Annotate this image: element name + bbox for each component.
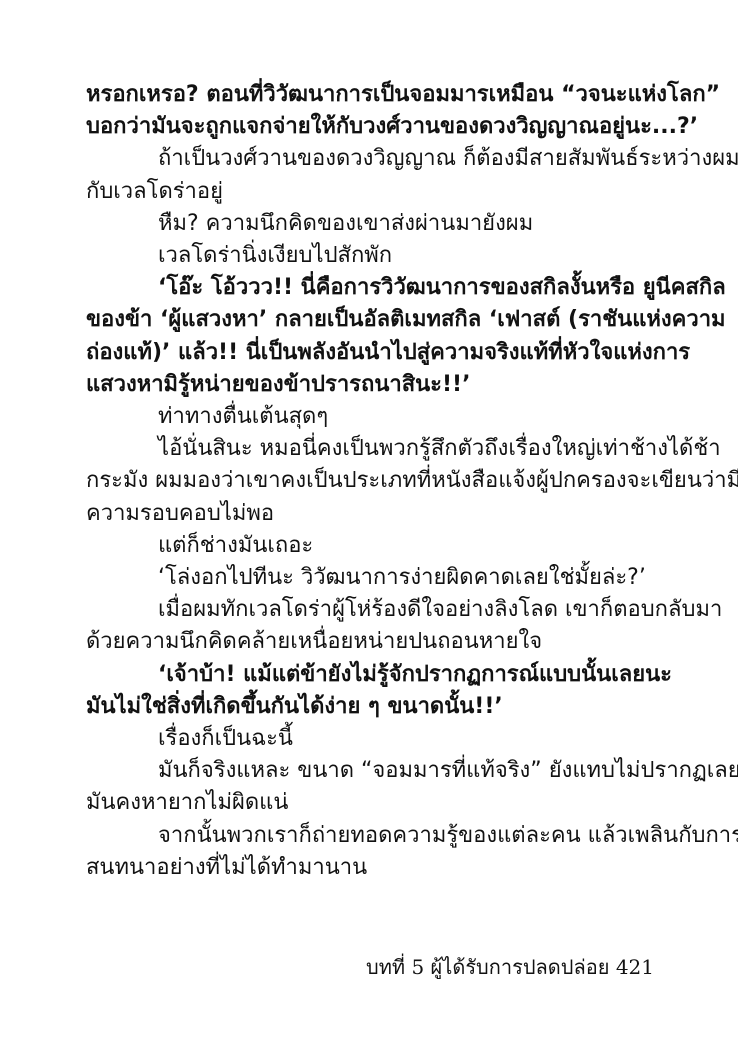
text-line: ท่าทางตื่นเต้นสุดๆ (86, 401, 660, 433)
text-line: ไอ้นั่นสินะ หมอนี่คงเป็นพวกรู้สึกตัวถึงเ… (86, 433, 660, 465)
text-line: ความรอบคอบไม่พอ (86, 498, 660, 530)
text-line: ของข้า ‘ผู้แสวงหา’ กลายเป็นอัลติเมทสกิล … (86, 304, 660, 336)
text-line: ด้วยความนึกคิดคล้ายเหนื่อยหน่ายปนถอนหายใ… (86, 626, 660, 658)
text-line: ถ่องแท้)’ แล้ว!! นี่เป็นพลังอันนำไปสู่คว… (86, 337, 660, 369)
chapter-footer: บทที่ 5 ผู้ได้รับการปลดปล่อย 421 (366, 951, 654, 983)
page-body: หรอกเหรอ? ตอนที่วิวัฒนาการเป็นจอมมารเหมื… (86, 79, 660, 884)
text-line: เวลโดร่านิ่งเงียบไปสักพัก (86, 240, 660, 272)
text-line: เรื่องก็เป็นฉะนี้ (86, 723, 660, 755)
text-line: ‘เจ้าบ้า! แม้แต่ข้ายังไม่รู้จักปรากฏการณ… (86, 659, 660, 691)
text-line: แต่ก็ช่างมันเถอะ (86, 530, 660, 562)
text-line: จากนั้นพวกเราก็ถ่ายทอดความรู้ของแต่ละคน … (86, 820, 660, 852)
text-line: หืม? ความนึกคิดของเขาส่งผ่านมายังผม (86, 208, 660, 240)
text-line: สนทนาอย่างที่ไม่ได้ทำมานาน (86, 852, 660, 884)
text-line: ‘โอ๊ะ โอ้ววว!! นี่คือการวิวัฒนาการของสกิ… (86, 272, 660, 304)
text-line: เมื่อผมทักเวลโดร่าผู้โห่ร้องดีใจอย่างลิง… (86, 594, 660, 626)
text-line: กับเวลโดร่าอยู่ (86, 176, 660, 208)
text-line: หรอกเหรอ? ตอนที่วิวัฒนาการเป็นจอมมารเหมื… (86, 79, 660, 111)
text-line: มันก็จริงแหละ ขนาด “จอมมารที่แท้จริง” ยั… (86, 755, 660, 787)
text-line: แสวงหามิรู้หน่ายของข้าปรารถนาสินะ!!’ (86, 369, 660, 401)
text-line: กระมัง ผมมองว่าเขาคงเป็นประเภทที่หนังสือ… (86, 465, 660, 497)
text-line: บอกว่ามันจะถูกแจกจ่ายให้กับวงศ์วานของดวง… (86, 111, 660, 143)
text-line: ‘โล่งอกไปทีนะ วิวัฒนาการง่ายผิดคาดเลยใช่… (86, 562, 660, 594)
text-line: มันไม่ใช่สิ่งที่เกิดขึ้นกันได้ง่าย ๆ ขนา… (86, 691, 660, 723)
text-line: มันคงหายากไม่ผิดแน่ (86, 787, 660, 819)
book-page: หรอกเหรอ? ตอนที่วิวัฒนาการเป็นจอมมารเหมื… (0, 0, 738, 1051)
text-line: ถ้าเป็นวงศ์วานของดวงวิญญาณ ก็ต้องมีสายสั… (86, 143, 660, 175)
